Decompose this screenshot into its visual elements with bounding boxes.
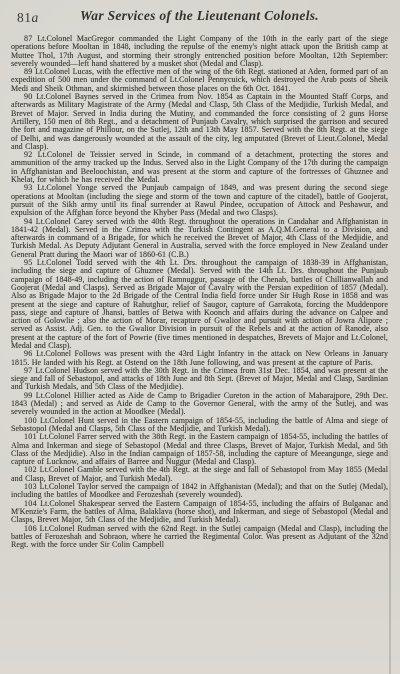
service-entry: 97 Lt.Colonel Hudson served with the 30t… bbox=[11, 367, 388, 392]
entry-number: 101 bbox=[24, 432, 37, 441]
service-entry: 103 Lt.Colonel Taylor served the campaig… bbox=[11, 483, 388, 500]
page-title: War Services of the Lieutenant Colonels. bbox=[11, 8, 388, 24]
entry-number: 106 bbox=[24, 524, 37, 533]
entry-number: 99 bbox=[24, 391, 33, 400]
service-entry: 92 Lt.Colonel de Teissier served in Scin… bbox=[11, 151, 388, 184]
entry-number: 103 bbox=[24, 482, 37, 491]
service-entry: 93 Lt.Colonel Yonge served the Punjaub c… bbox=[11, 184, 388, 217]
service-entry: 87 Lt.Colonel MacGregor commanded the Li… bbox=[11, 35, 388, 68]
entry-number: 97 bbox=[24, 366, 33, 375]
entry-number: 87 bbox=[24, 34, 33, 43]
service-entry: 94 Lt.Colonel Carey served with the 40th… bbox=[11, 218, 388, 259]
service-entries-list: 87 Lt.Colonel MacGregor commanded the Li… bbox=[11, 35, 388, 549]
entry-number: 93 bbox=[24, 183, 33, 192]
service-entry: 106 Lt.Colonel Rudman served with the 62… bbox=[11, 525, 388, 550]
service-entry: 100 Lt.Colonel Hunt served in the Easter… bbox=[11, 417, 388, 434]
page-header: 81a War Services of the Lieutenant Colon… bbox=[11, 8, 388, 30]
entry-number: 96 bbox=[24, 349, 33, 358]
entry-number: 94 bbox=[24, 217, 33, 226]
service-entry: 89 Lt.Colonel Lucas, with the effective … bbox=[11, 68, 388, 93]
entry-number: 100 bbox=[24, 416, 37, 425]
service-entry: 101 Lt.Colonel Farrer served with the 38… bbox=[11, 433, 388, 466]
entry-number: 89 bbox=[24, 67, 33, 76]
service-entry: 102 Lt.Colonel Gamble served with the 4t… bbox=[11, 466, 388, 483]
service-entry: 90 Lt.Colonel Baynes served in the Crime… bbox=[11, 93, 388, 151]
book-page: 81a War Services of the Lieutenant Colon… bbox=[0, 0, 400, 674]
entry-number: 102 bbox=[24, 465, 37, 474]
entry-number: 95 bbox=[24, 258, 33, 267]
service-entry: 96 Lt.Colonel Follows was present with t… bbox=[11, 350, 388, 367]
entry-number: 90 bbox=[24, 92, 33, 101]
service-entry: 104 Lt.Colonel Shakespear served the Eas… bbox=[11, 500, 388, 525]
entry-number: 104 bbox=[24, 499, 37, 508]
entry-number: 92 bbox=[24, 150, 33, 159]
service-entry: 95 Lt.Colonel Todd served with the 4th L… bbox=[11, 259, 388, 350]
service-entry: 99 Lt.Colonel Hillier acted as Aide de C… bbox=[11, 392, 388, 417]
